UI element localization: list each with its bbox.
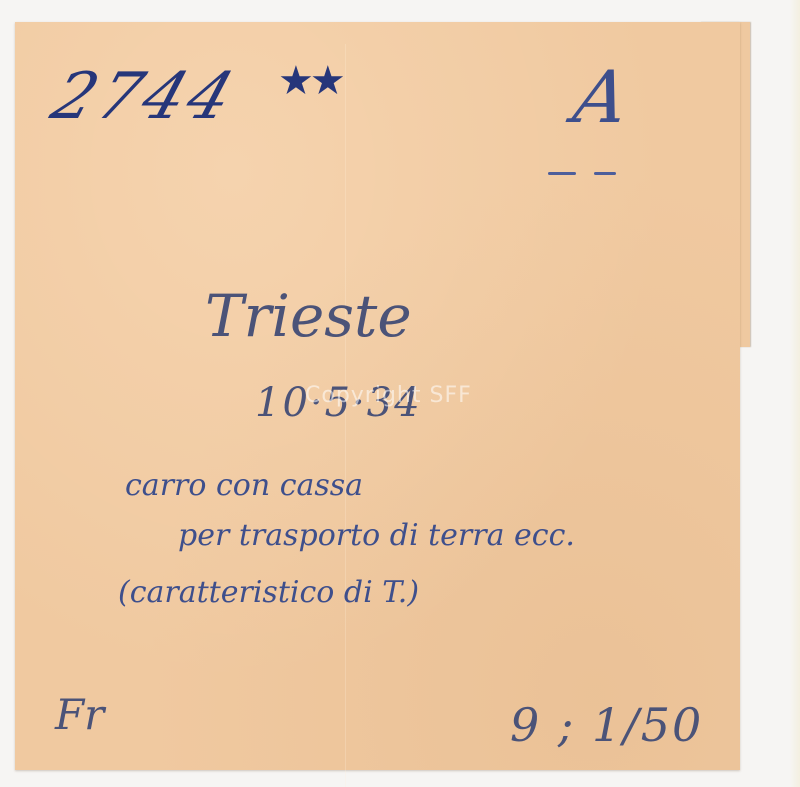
backdrop-edge bbox=[790, 0, 800, 787]
caption-line-2: per trasporto di terra ecc. bbox=[178, 518, 575, 553]
place-name: Trieste bbox=[205, 282, 412, 350]
initials: Fr bbox=[55, 690, 104, 739]
star-marks-icon: ★★ bbox=[278, 58, 342, 104]
format-scale: 9 ; 1/50 bbox=[510, 698, 703, 752]
copyright-watermark: Copyright SFF bbox=[305, 383, 472, 408]
catalog-number: 2744 bbox=[43, 60, 246, 134]
caption-line-1: carro con cassa bbox=[125, 468, 363, 503]
series-underline bbox=[548, 160, 618, 164]
caption-line-3: (caratteristico di T.) bbox=[118, 575, 419, 610]
